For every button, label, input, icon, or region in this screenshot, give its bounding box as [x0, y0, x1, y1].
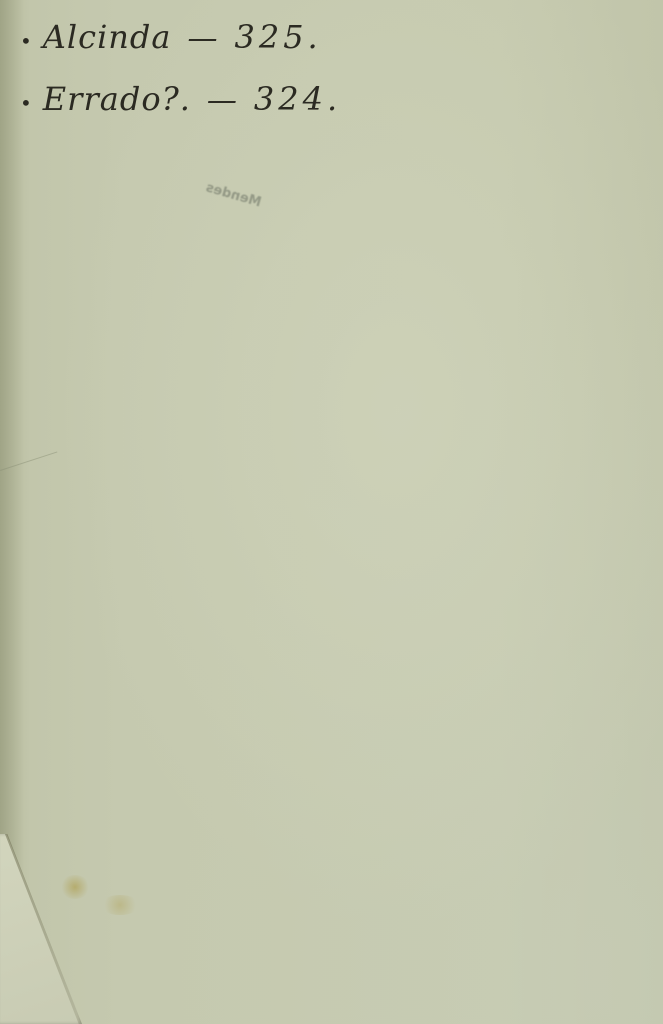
note-name: Alcinda — [43, 8, 172, 66]
stain-mark — [100, 895, 140, 915]
note-page-number: 324. — [254, 70, 341, 128]
stain-mark — [60, 875, 90, 899]
note-dash: — — [187, 10, 218, 68]
faded-stamp: Mendes — [204, 180, 263, 210]
note-name: Errado?. — [43, 70, 191, 128]
note-page-number: 325. — [234, 8, 321, 66]
handwritten-notes: • Alcinda — 325. • Errado?. — 324. — [20, 8, 341, 132]
note-line-1: • Alcinda — 325. — [20, 8, 341, 70]
note-line-2: • Errado?. — 324. — [20, 70, 341, 132]
note-dash: — — [207, 72, 238, 130]
bullet-icon: • — [20, 12, 33, 70]
paper-page: • Alcinda — 325. • Errado?. — 324. Mende… — [0, 0, 663, 1024]
bullet-icon: • — [20, 74, 33, 132]
